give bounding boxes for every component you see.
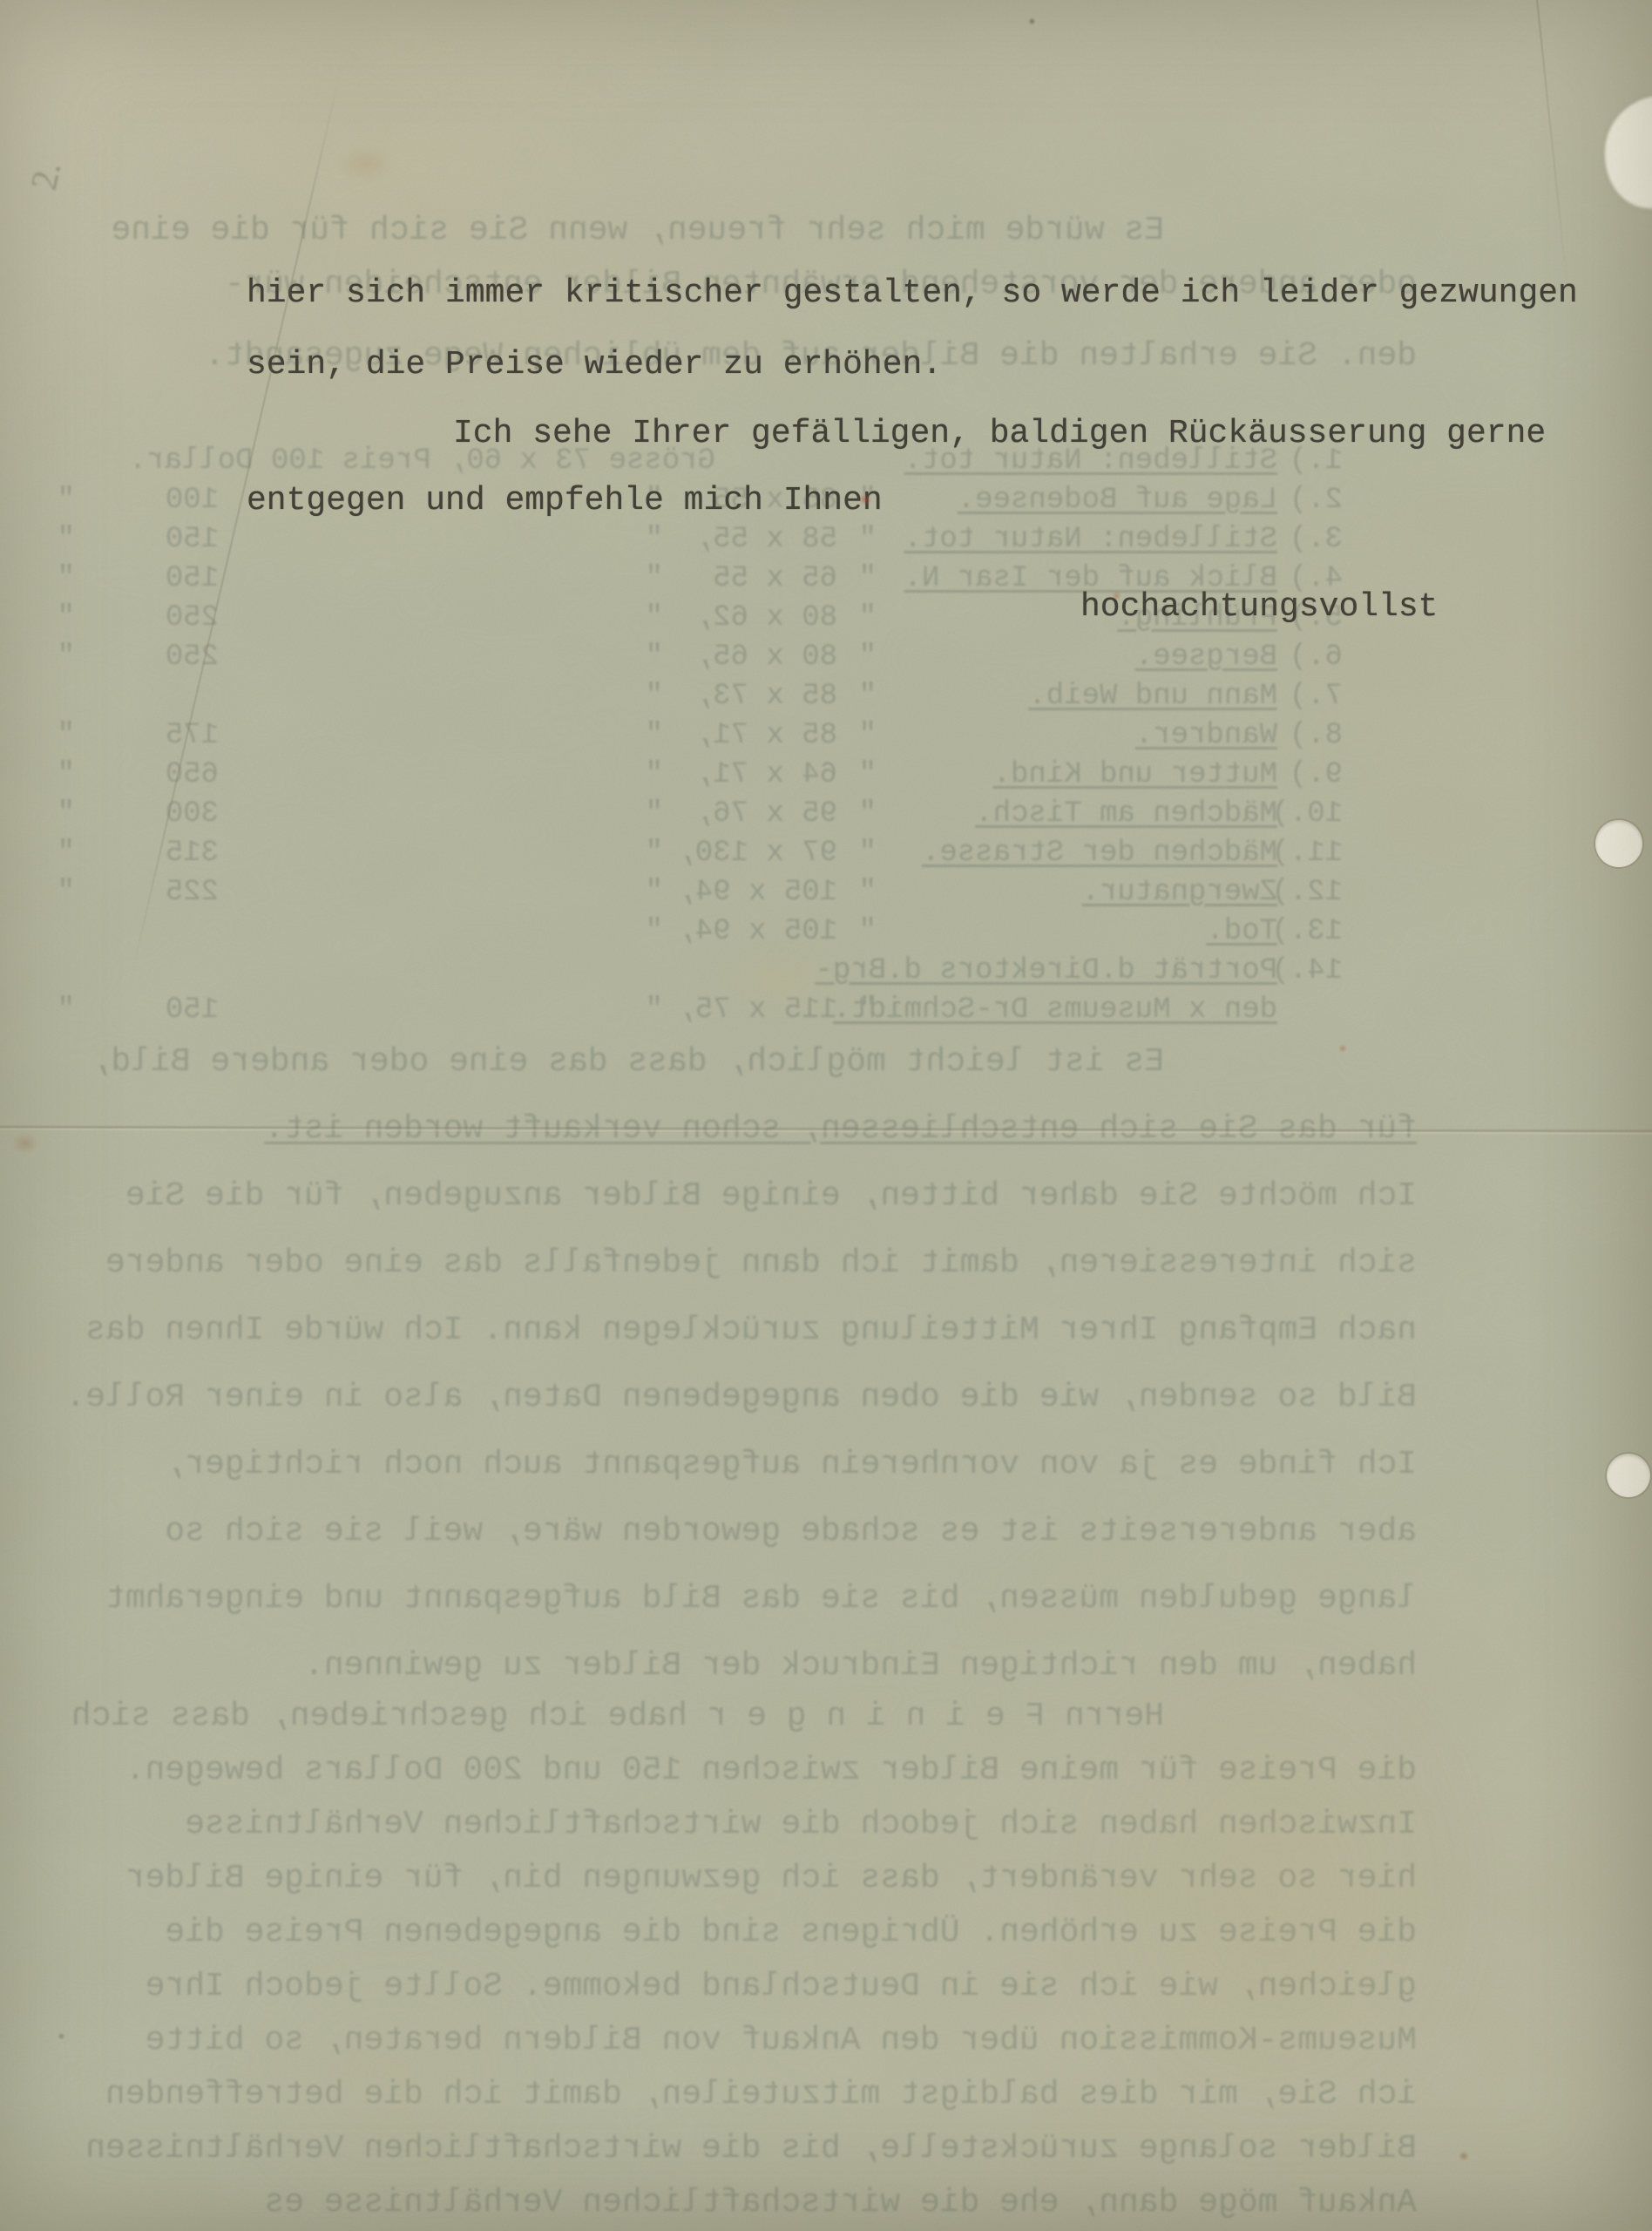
bleedthrough-list-cell: 80 x 62,	[695, 603, 837, 633]
bleedthrough-list-cell: "	[859, 721, 877, 750]
bleedthrough-list-cell: 11.)	[1271, 838, 1343, 868]
typed-line: hochachtungsvollst	[1080, 591, 1438, 624]
bleedthrough-list-cell: "	[58, 760, 75, 790]
vignette	[0, 0, 1652, 2231]
bleedthrough-list-cell: 115 x 75,	[677, 995, 837, 1025]
bleedthrough-list-cell: Bergsee.	[1135, 642, 1277, 672]
stain	[1028, 17, 1036, 25]
bleedthrough-list-cell: 97 x 130,	[677, 838, 837, 868]
bleedthrough-list-cell: 95 x 76,	[695, 799, 837, 829]
bleedthrough-line: Herrn F e i n i n g e r habe ich geschri…	[71, 1700, 1164, 1733]
bleedthrough-list-cell: 2.)	[1290, 485, 1343, 515]
paper-grain-texture	[0, 0, 1652, 2231]
bleedthrough-line: Bilder solange zurückstelle, bis die wir…	[85, 2133, 1417, 2166]
bleedthrough-list-cell: 650	[166, 760, 219, 790]
stain	[1046, 1612, 1499, 2170]
bleedthrough-list-cell: 105 x 94,	[677, 917, 837, 946]
bleedthrough-list-cell: 14.)	[1271, 956, 1343, 986]
bleedthrough-line: Inzwischen haben sich jedoch die wirtsch…	[185, 1808, 1417, 1841]
bleedthrough-line: haben, um den richtigen Eindruck der Bil…	[304, 1650, 1417, 1683]
bleedthrough-layer: Es würde mich sehr freuen, wenn Sie sich…	[0, 0, 1652, 2231]
bleedthrough-list-cell: 175	[166, 721, 219, 750]
bleedthrough-list-cell: 13.)	[1271, 917, 1343, 946]
paper-shading	[0, 0, 1652, 2231]
bleedthrough-list-cell: 300	[166, 799, 219, 829]
bleedthrough-list-cell: Lage auf Bodensee.	[958, 485, 1277, 515]
bleedthrough-list-cell: 12.)	[1271, 878, 1343, 907]
bleedthrough-line: Ich möchte Sie daher bitten, einige Bild…	[125, 1180, 1417, 1213]
paper-fiber-highlights	[0, 0, 1652, 2231]
bleedthrough-line: Ankauf möge dann, ehe die wirtschaftlich…	[264, 2187, 1417, 2220]
bleedthrough-list-cell: 58 x 55,	[695, 525, 837, 554]
bleedthrough-line: die Preise für meine Bilder zwischen 150…	[125, 1754, 1417, 1787]
bleedthrough-list-cell: Wandrer.	[1135, 721, 1277, 750]
stain	[1338, 1044, 1347, 1053]
bleedthrough-list-cell: "	[646, 995, 663, 1025]
bleedthrough-list-cell: 315	[166, 838, 219, 868]
bleedthrough-list-cell: 85 x 73,	[695, 682, 837, 711]
bleedthrough-list-cell: Porträt d.Direktors d.Brg-	[816, 956, 1278, 986]
bleedthrough-line: gleichen, wie ich sie in Deutschland bek…	[146, 1970, 1417, 2004]
bleedthrough-list-cell: "	[646, 525, 663, 554]
bleedthrough-list-cell: "	[58, 878, 75, 907]
bleedthrough-list-cell: 65 x 55	[713, 564, 837, 593]
bleedthrough-list-cell: 150	[166, 995, 219, 1025]
bleedthrough-list-cell: "	[859, 682, 877, 711]
bleedthrough-line: Museums-Kommission über den Ankauf von B…	[146, 2024, 1417, 2058]
bleedthrough-list-cell: "	[646, 799, 663, 829]
stain	[58, 2032, 65, 2040]
bleedthrough-list-cell: Tod.	[1206, 917, 1277, 946]
bleedthrough-line: hier so sehr verändert, dass ich gezwung…	[125, 1862, 1417, 1895]
bleedthrough-list-cell: "	[859, 760, 877, 790]
bleedthrough-list-cell: Zwergnatur.	[1082, 878, 1277, 907]
paper-mottle-texture	[0, 0, 1652, 2231]
scratch-mark	[128, 70, 342, 987]
bleedthrough-list-cell: "	[58, 485, 75, 515]
scratch-mark	[1535, 0, 1570, 303]
bleedthrough-list-cell: Mädchen am Tisch.	[975, 799, 1277, 829]
bleedthrough-line: Es würde mich sehr freuen, wenn Sie sich…	[111, 214, 1164, 248]
bleedthrough-list-cell: "	[58, 995, 75, 1025]
bleedthrough-list-cell: 64 x 71,	[695, 760, 837, 790]
bleedthrough-list-cell: "	[859, 564, 877, 593]
bleedthrough-list-cell: "	[646, 721, 663, 750]
bleedthrough-list-cell: "	[58, 642, 75, 672]
bleedthrough-list-cell: Mutter und Kind.	[993, 760, 1277, 790]
corner-abrasion-patch	[1597, 87, 1652, 215]
bleedthrough-list-cell: "	[859, 917, 877, 946]
hole-punch	[1595, 820, 1642, 867]
bleedthrough-list-cell: "	[646, 564, 663, 593]
page-number: 2.	[24, 159, 71, 194]
bleedthrough-line: nach Empfang Ihrer Mitteilung zurücklege…	[85, 1314, 1417, 1347]
bleedthrough-list-cell: 150	[166, 525, 219, 554]
bleedthrough-list-cell: "	[859, 995, 877, 1025]
bleedthrough-list-cell: "	[646, 642, 663, 672]
bleedthrough-list-cell: 105 x 94,	[677, 878, 837, 907]
bleedthrough-line: aber andererseits ist es schade geworden…	[165, 1516, 1417, 1549]
bleedthrough-line: Bild so senden, wie die oben angegebenen…	[65, 1381, 1417, 1414]
stain	[1459, 2151, 1469, 2161]
bleedthrough-list-cell: 225	[166, 878, 219, 907]
bleedthrough-line: lange gedulden müssen, bis sie das Bild …	[105, 1583, 1417, 1616]
bleedthrough-list-cell: 10.)	[1271, 799, 1343, 829]
bleedthrough-list-cell: "	[646, 760, 663, 790]
bleedthrough-list-cell: "	[859, 642, 877, 672]
letter-page: Es würde mich sehr freuen, wenn Sie sich…	[0, 0, 1652, 2231]
bleedthrough-list-cell: "	[646, 682, 663, 711]
bleedthrough-list-cell: "	[859, 603, 877, 633]
bleedthrough-line: Ich finde es ja von vornherein aufgespan…	[165, 1448, 1417, 1482]
bleedthrough-list-cell: "	[646, 917, 663, 946]
typed-line: hier sich immer kritischer gestalten, so…	[247, 277, 1578, 310]
bleedthrough-line: sich interessieren, damit ich dann jeden…	[105, 1247, 1417, 1280]
hole-punch	[1607, 1454, 1650, 1497]
bleedthrough-list-cell: 7.)	[1290, 682, 1343, 711]
typed-line: Ich sehe Ihrer gefälligen, baldigen Rück…	[453, 417, 1546, 451]
bleedthrough-list-cell: 8.)	[1290, 721, 1343, 750]
bleedthrough-list-cell: "	[58, 838, 75, 868]
bleedthrough-list-cell: Mann und Weib.	[1028, 682, 1277, 711]
typed-line: sein, die Preise wieder zu erhöhen.	[247, 349, 942, 382]
stain	[697, 941, 854, 1020]
bleedthrough-list-cell: 3.)	[1290, 525, 1343, 554]
bleedthrough-list-cell: 85 x 71,	[695, 721, 837, 750]
bleedthrough-list-cell: "	[859, 838, 877, 868]
bleedthrough-list-cell: "	[646, 603, 663, 633]
bleedthrough-list-cell: "	[58, 603, 75, 633]
stain	[209, 1917, 575, 2231]
bleedthrough-list-cell: "	[58, 799, 75, 829]
typed-line: entgegen und empfehle mich Ihnen	[247, 485, 883, 518]
bleedthrough-list-cell: "	[58, 564, 75, 593]
bleedthrough-list-cell: 100	[166, 485, 219, 515]
bleedthrough-list-cell: "	[646, 878, 663, 907]
bleedthrough-list-cell: "	[646, 838, 663, 868]
bleedthrough-list-cell: 6.)	[1290, 642, 1343, 672]
bleedthrough-list-cell: den x Museums Dr-Schmidt.	[833, 995, 1277, 1025]
bleedthrough-list-cell: Mädchen der Strasse.	[922, 838, 1277, 868]
bleedthrough-list-cell: "	[859, 878, 877, 907]
bleedthrough-list-cell: "	[859, 799, 877, 829]
bleedthrough-line: ich Sie, mir dies baldigst mitzuteilen, …	[105, 2078, 1417, 2112]
bleedthrough-list-cell: 250	[166, 642, 219, 672]
bleedthrough-list-cell: "	[58, 525, 75, 554]
bleedthrough-list-cell: 9.)	[1290, 760, 1343, 790]
fold-crease	[0, 1125, 1652, 1136]
bleedthrough-list-cell: "	[859, 525, 877, 554]
bleedthrough-list-cell: 150	[166, 564, 219, 593]
stain	[338, 146, 394, 181]
bleedthrough-list-cell: "	[58, 721, 75, 750]
bleedthrough-line: die Preise zu erhöhen. Übrigens sind die…	[165, 1916, 1417, 1950]
bleedthrough-list-cell: 80 x 65,	[695, 642, 837, 672]
bleedthrough-line: Es ist leicht möglich, dass das eine ode…	[91, 1046, 1164, 1079]
stain	[12, 1133, 38, 1154]
bleedthrough-list-cell: Stilleben: Natur tot.	[904, 525, 1277, 554]
